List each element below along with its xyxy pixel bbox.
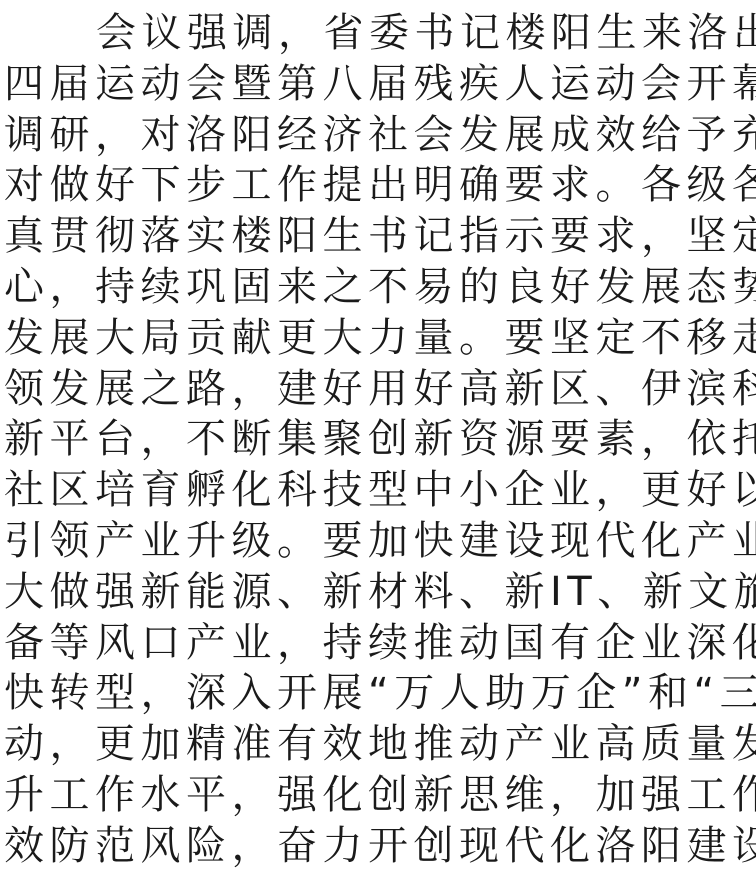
text-line: 备等风口产业，持续推动国有企业深化改革、加 bbox=[0, 618, 756, 669]
text-line: 引领产业升级。要加快建设现代化产业体系，做 bbox=[0, 516, 756, 567]
text-line: 社区培育孵化科技型中小企业，更好以科技创新 bbox=[0, 465, 756, 516]
text-line: 会议强调，省委书记楼阳生来洛出席省第十 bbox=[0, 8, 756, 59]
text-line: 大做强新能源、新材料、新IT、新文旅、智能装 bbox=[0, 567, 756, 618]
text-line: 领发展之路，建好用好高新区、伊滨科技城等创 bbox=[0, 364, 756, 415]
text-line: 心，持续巩固来之不易的良好发展态势，为全省 bbox=[0, 262, 756, 313]
text-line: 快转型，深入开展“万人助万企”和“三个一批”活 bbox=[0, 668, 756, 719]
article-paragraph: 会议强调，省委书记楼阳生来洛出席省第十 四届运动会暨第八届残疾人运动会开幕式并进… bbox=[0, 8, 756, 872]
text-line: 升工作水平，强化创新思维，加强工作统筹，有 bbox=[0, 770, 756, 821]
text-line: 调研，对洛阳经济社会发展成效给予充分肯定， bbox=[0, 110, 756, 161]
text-line: 动，更加精准有效地推动产业高质量发展。要提 bbox=[0, 719, 756, 770]
text-line: 新平台，不断集聚创新资源要素，依托科技产业 bbox=[0, 414, 756, 465]
text-line: 四届运动会暨第八届残疾人运动会开幕式并进行 bbox=[0, 59, 756, 110]
text-line: 真贯彻落实楼阳生书记指示要求，坚定信心决 bbox=[0, 211, 756, 262]
text-line: 对做好下步工作提出明确要求。各级各部门要认 bbox=[0, 160, 756, 211]
text-line: 效防范风险，奋力开创现代化洛阳建设新局面。 bbox=[0, 821, 756, 872]
text-line: 发展大局贡献更大力量。要坚定不移走以创新引 bbox=[0, 313, 756, 364]
